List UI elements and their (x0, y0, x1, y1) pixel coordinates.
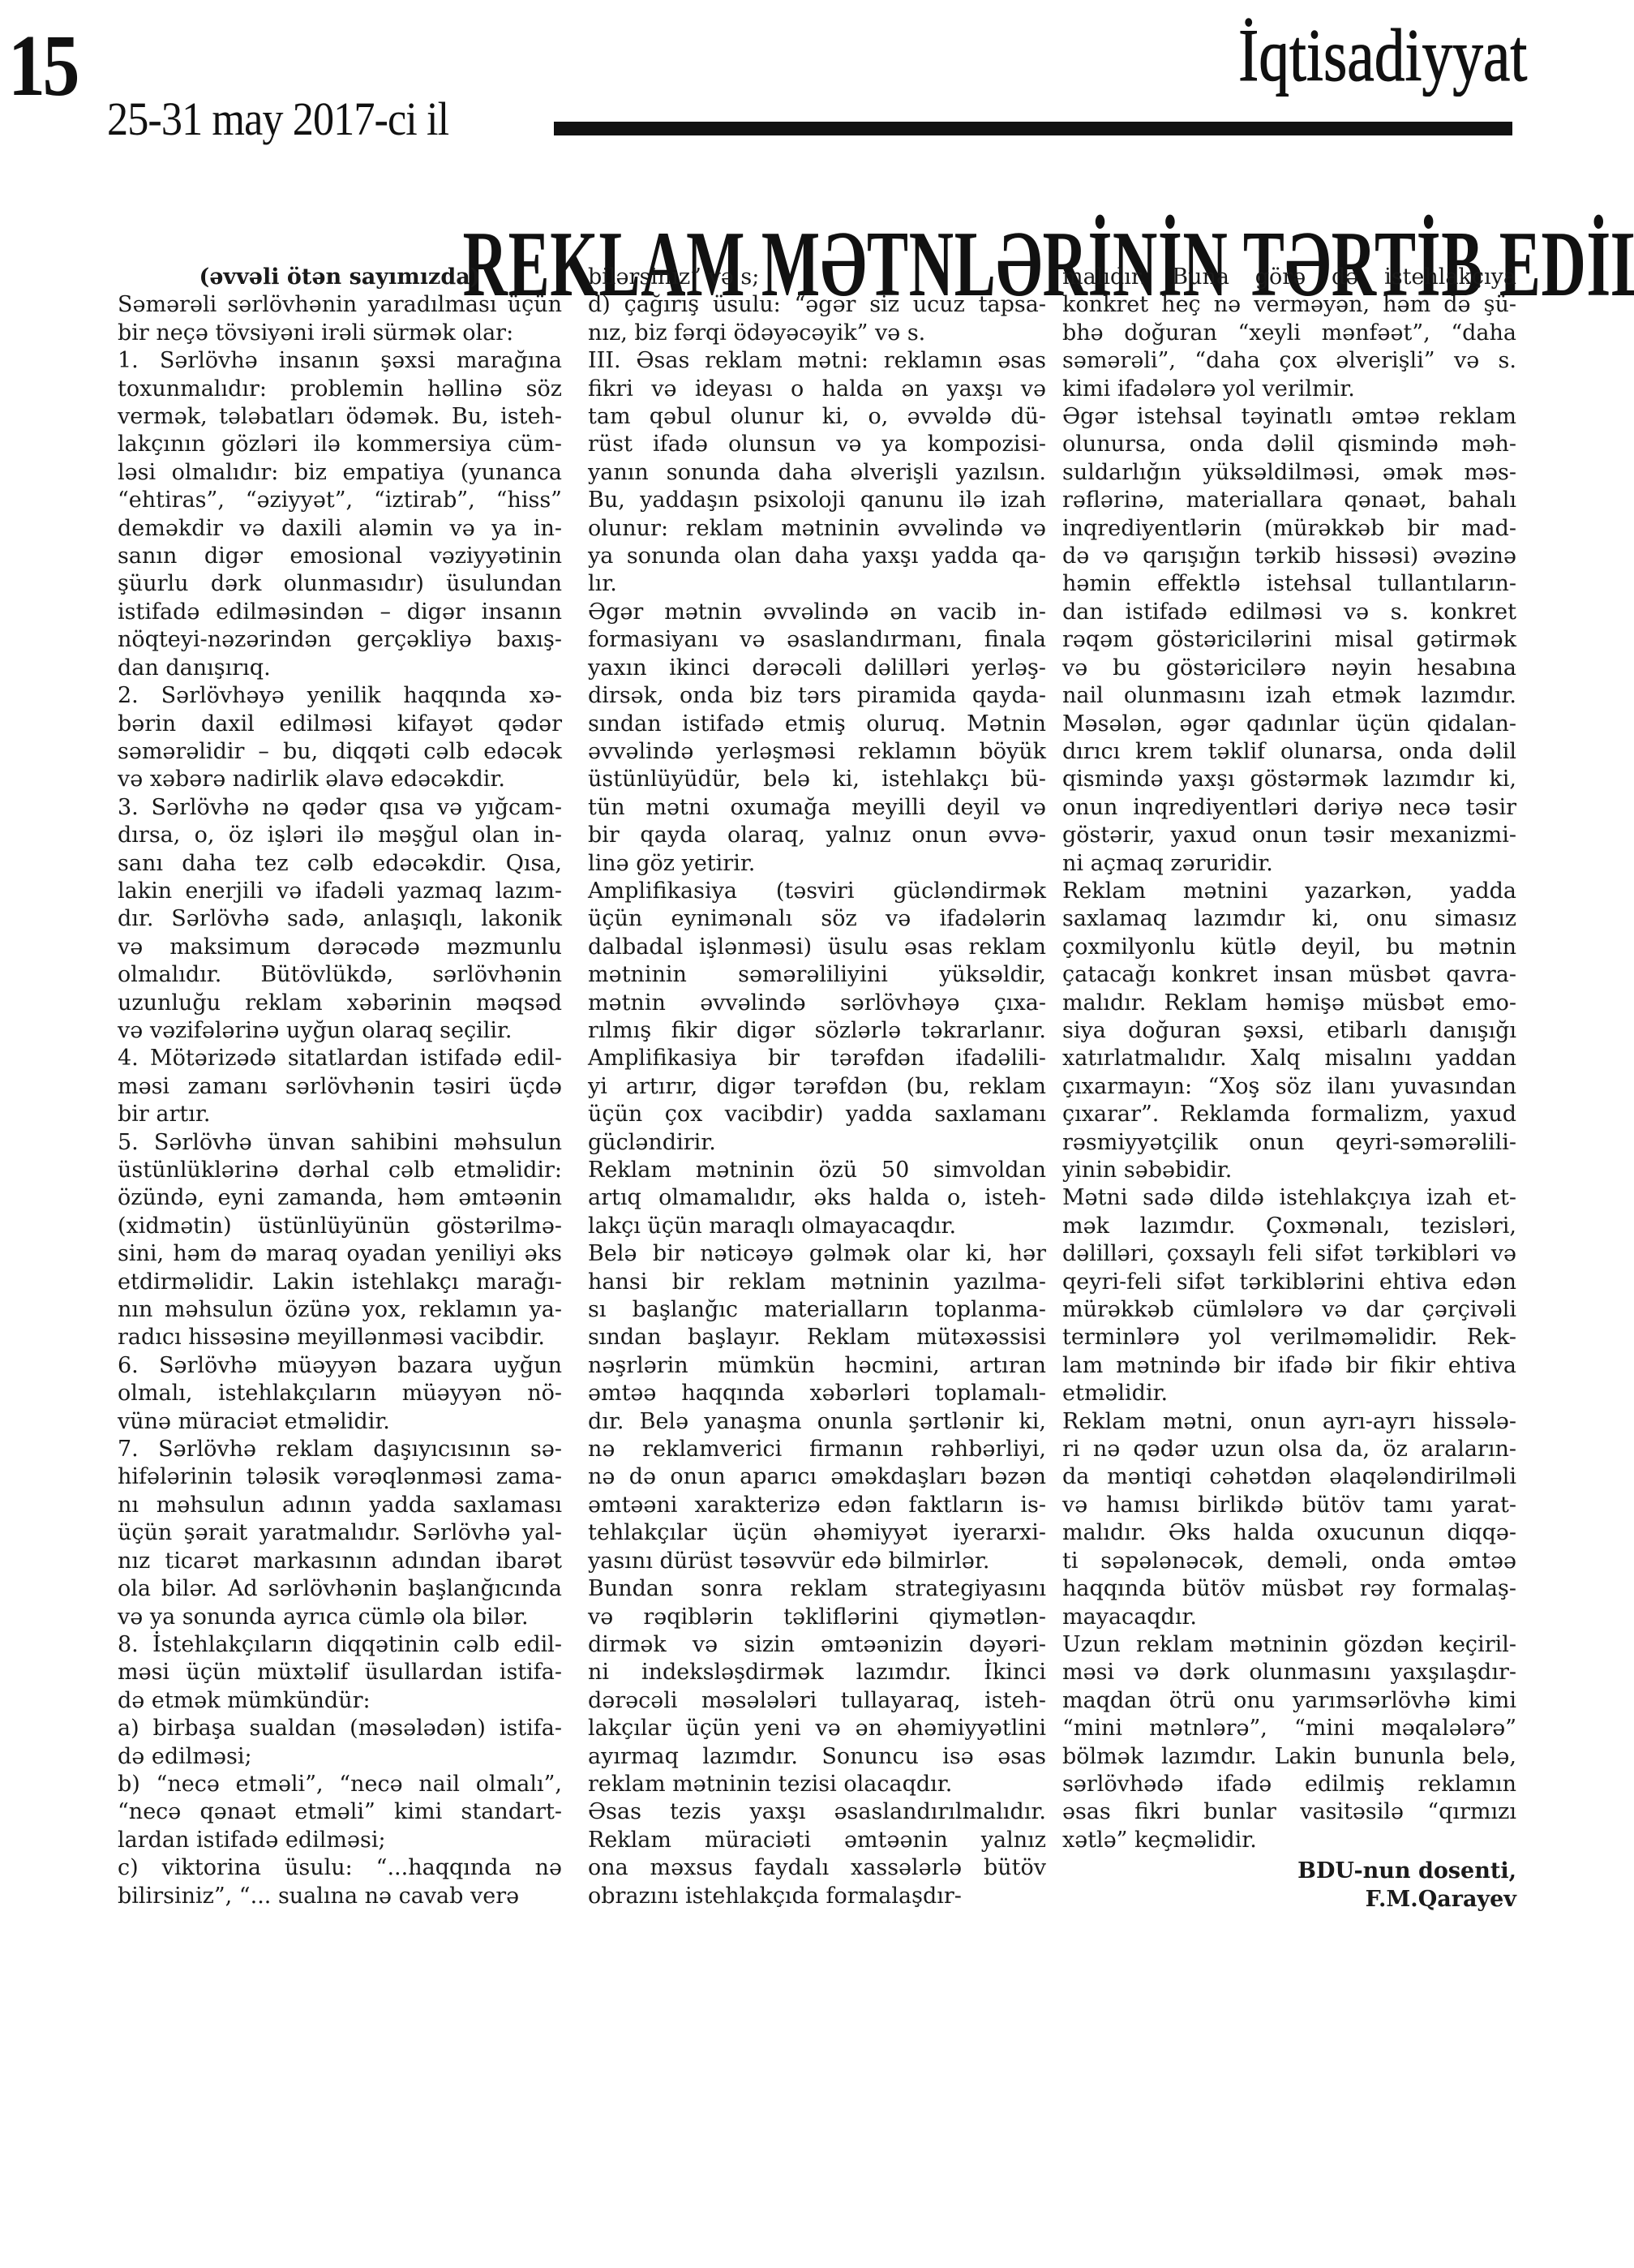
text-line: siya doğuran şəxsi, etibarlı danışığı (1062, 1017, 1516, 1045)
text-line: və ya sonunda ayrıca cümlə ola bilər. (118, 1604, 562, 1631)
text-line: gücləndirir. (588, 1129, 1046, 1157)
paragraph: 2. Sərlövhəyə yenilik haqqında xə-bərin … (118, 682, 562, 794)
text-line: ri nə qədər uzun olsa da, öz araların- (1062, 1436, 1516, 1463)
text-line: b) “necə etməli”, “necə nail olmalı”, (118, 1771, 562, 1798)
text-line: hifələrinin tələsik vərəqlənməsi zama- (118, 1463, 562, 1491)
text-line: rılmış fikir digər sözlərlə təkrarlanır. (588, 1017, 1046, 1045)
text-line: Amplifikasiya (təsviri gücləndirmək (588, 878, 1046, 905)
paragraph: Reklam mətnini yazarkən, yaddasaxlamaq l… (1062, 878, 1516, 1184)
text-line: rəsmiyyətçilik onun qeyri-səmərəlili- (1062, 1129, 1516, 1157)
text-line: d) çağırış üsulu: “əgər siz ucuz tapsa- (588, 291, 1046, 319)
text-line: Əsas tezis yaxşı əsaslandırılmalıdır. (588, 1798, 1046, 1826)
text-line: bölmək lazımdır. Lakin bununla belə, (1062, 1743, 1516, 1771)
text-line: 1. Sərlövhə insanın şəxsi marağına (118, 347, 562, 375)
text-line: uzunluğu reklam xəbərinin məqsəd (118, 990, 562, 1017)
text-line: dəlilləri, çoxsaylı feli sifət tərkiblər… (1062, 1240, 1516, 1268)
paragraph: 5. Sərlövhə ünvan sahibini məhsulunüstün… (118, 1129, 562, 1352)
text-line: Belə bir nəticəyə gəlmək olar ki, hər (588, 1240, 1046, 1268)
text-line: Mətni sadə dildə istehlakçıya izah et- (1062, 1184, 1516, 1212)
text-line: tam qəbul olunur ki, o, əvvəldə dü- (588, 403, 1046, 431)
text-line: istifadə edilməsindən – digər insanın (118, 599, 562, 626)
text-line: nail olunmasını izah etmək lazımdır. (1062, 682, 1516, 710)
text-line: lakçı üçün maraqlı olmayacaqdır. (588, 1213, 1046, 1240)
text-line: sanın digər emosional vəziyyətinin (118, 543, 562, 570)
text-line: xatırlatmalıdır. Xalq misalını yaddan (1062, 1045, 1516, 1072)
text-line: məsi üçün müxtəlif üsullardan istifa- (118, 1659, 562, 1686)
text-line: məsi və dərk olunmasını yaxşılaşdır- (1062, 1659, 1516, 1686)
paragraph: malıdır. Buna görə də istehlakçıyakonkre… (1062, 264, 1516, 403)
text-line: bir neçə tövsiyəni irəli sürmək olar: (118, 320, 562, 347)
text-line: ti səpələnəcək, deməli, onda əmtəə (1062, 1548, 1516, 1575)
text-line: bir artır. (118, 1101, 562, 1128)
issue-date: 25-31 may 2017-ci il (107, 96, 448, 143)
text-line: ləsi olmalıdır: biz empatiya (yunanca (118, 459, 562, 487)
text-line: yanın sonunda daha əlverişli yazılsın. (588, 459, 1046, 487)
text-line: fikri və ideyası o halda ən yaxşı və (588, 376, 1046, 403)
continuation-note: (əvvəli ötən sayımızda) (118, 264, 562, 291)
paragraph: Əgər mətnin əvvəlində ən vacib in-formas… (588, 599, 1046, 878)
text-line: ni açmaq zəruridir. (1062, 850, 1516, 878)
text-line: yasını dürüst təsəvvür edə bilmirlər. (588, 1548, 1046, 1575)
paragraph: c) viktorina üsulu: “...haqqında nəbilir… (118, 1854, 562, 1910)
text-line: yi artırır, digər tərəfdən (bu, reklam (588, 1073, 1046, 1101)
text-line: obrazını istehlakçıda formalaşdır- (588, 1883, 1046, 1910)
text-line: “necə qənaət etməli” kimi standart- (118, 1798, 562, 1826)
text-line: 6. Sərlövhə müəyyən bazara uyğun (118, 1352, 562, 1380)
text-line: lardan istifadə edilməsi; (118, 1827, 562, 1854)
text-line: sərlövhədə ifadə edilmiş reklamın (1062, 1771, 1516, 1798)
text-line: olmalı, istehlakçıların müəyyən nö- (118, 1380, 562, 1407)
text-line: lakçılar üçün yeni və ən əhəmiyyətlini (588, 1715, 1046, 1742)
text-line: olunur: reklam mətninin əvvəlində və (588, 515, 1046, 543)
text-line: onun inqrediyentləri dəriyə necə təsir (1062, 794, 1516, 822)
text-line: həmin effektlə istehsal tullantıların- (1062, 570, 1516, 598)
text-line: Məsələn, əgər qadınlar üçün qidalan- (1062, 711, 1516, 738)
text-line: çıxarmayın: “Xoş söz ilanı yuvasından (1062, 1073, 1516, 1101)
text-line: etdirməlidir. Lakin istehlakçı marağı- (118, 1269, 562, 1296)
text-line: Reklam mətni, onun ayrı-ayrı hissələ- (1062, 1408, 1516, 1436)
text-line: konkret heç nə verməyən, həm də şü- (1062, 291, 1516, 319)
paragraph: d) çağırış üsulu: “əgər siz ucuz tapsa-n… (588, 291, 1046, 347)
text-line: 2. Sərlövhəyə yenilik haqqında xə- (118, 682, 562, 710)
text-line: bir qayda olaraq, yalnız onun əvvə- (588, 822, 1046, 849)
signature-affiliation: BDU-nun dosenti, (1062, 1858, 1516, 1885)
text-line: Səmərəli sərlövhənin yaradılması üçün (118, 291, 562, 319)
text-line: əvvəlində yerləşməsi reklamın böyük (588, 738, 1046, 766)
text-line: nəşrlərin mümkün həcmini, artıran (588, 1352, 1046, 1380)
text-line: qismində yaxşı göstərmək lazımdır ki, (1062, 766, 1516, 793)
text-line: 3. Sərlövhə nə qədər qısa və yığcam- (118, 794, 562, 822)
text-line: sından başlayır. Reklam mütəxəssisi (588, 1324, 1046, 1351)
text-line: bilərsiniz” və s; (588, 264, 1046, 291)
text-line: çatacağı konkret insan müsbət qavra- (1062, 961, 1516, 989)
text-line: mətnin əvvəlində sərlövhəyə çıxa- (588, 990, 1046, 1017)
text-line: üçün eynimənalı söz və ifadələrin (588, 905, 1046, 933)
text-line: Reklam mətnini yazarkən, yadda (1062, 878, 1516, 905)
text-line: məsi zamanı sərlövhənin təsiri üçdə (118, 1073, 562, 1101)
text-line: mək lazımdır. Çoxmənalı, tezisləri, (1062, 1213, 1516, 1240)
text-line: üstünlüyüdür, belə ki, istehlakçı bü- (588, 766, 1046, 793)
text-line: artıq olmamalıdır, əks halda o, isteh- (588, 1184, 1046, 1212)
text-line: hansi bir reklam mətninin yazılma- (588, 1269, 1046, 1296)
text-line: də və qarışığın tərkib hissəsi) əvəzinə (1062, 543, 1516, 570)
text-line: yaxın ikinci dərəcəli dəlilləri yerləş- (588, 655, 1046, 682)
column-3: malıdır. Buna görə də istehlakçıyakonkre… (1062, 264, 1516, 1914)
text-line: sı başlanğıc materialların toplanma- (588, 1296, 1046, 1324)
text-line: 8. İstehlakçıların diqqətinin cəlb edil- (118, 1631, 562, 1659)
page-number: 15 (8, 23, 77, 110)
text-line: nız, biz fərqi ödəyəcəyik” və s. (588, 320, 1046, 347)
paragraph: 6. Sərlövhə müəyyən bazara uyğunolmalı, … (118, 1352, 562, 1436)
text-line: və maksimum dərəcədə məzmunlu (118, 934, 562, 961)
text-line: rəqəm göstəricilərini misal gətirmək (1062, 626, 1516, 654)
text-line: çıxarar”. Reklamda formalizm, yaxud (1062, 1101, 1516, 1128)
text-line: 4. Mötərizədə sitatlardan istifadə edil- (118, 1045, 562, 1072)
section-title: İqtisadiyyat (1238, 18, 1527, 92)
text-line: Bu, yaddaşın psixoloji qanunu ilə izah (588, 487, 1046, 514)
paragraph: Amplifikasiya (təsviri gücləndirməküçün … (588, 878, 1046, 1157)
text-line: bilirsiniz”, “... sualına nə cavab verə (118, 1883, 562, 1910)
paragraph: 7. Sərlövhə reklam daşıyıcısının sə-hifə… (118, 1436, 562, 1631)
text-line: dan danışırıq. (118, 655, 562, 682)
text-line: nın məhsulun özünə yox, reklamın ya- (118, 1296, 562, 1324)
text-line: olmalıdır. Bütövlükdə, sərlövhənin (118, 961, 562, 989)
text-line: özündə, eyni zamanda, həm əmtəənin (118, 1184, 562, 1212)
text-line: Amplifikasiya bir tərəfdən ifadəlili- (588, 1045, 1046, 1072)
text-line: radıcı hissəsinə meyillənməsi vacibdir. (118, 1324, 562, 1351)
text-line: sından istifadə etmiş oluruq. Mətnin (588, 711, 1046, 738)
text-line: lır. (588, 570, 1046, 598)
paragraph: 1. Sərlövhə insanın şəxsi marağınatoxunm… (118, 347, 562, 682)
text-line: ola bilər. Ad sərlövhənin başlanğıcında (118, 1575, 562, 1603)
text-line: malıdır. Buna görə də istehlakçıya (1062, 264, 1516, 291)
author-signature: BDU-nun dosenti,F.M.Qarayev (1062, 1858, 1516, 1914)
text-line: xətlə” keçməlidir. (1062, 1827, 1516, 1854)
text-line: səmərəli”, “daha çox əlverişli” və s. (1062, 347, 1516, 375)
text-line: Reklam mətninin özü 50 simvoldan (588, 1157, 1046, 1184)
paragraph: Reklam mətni, onun ayrı-ayrı hissələ-ri … (1062, 1408, 1516, 1631)
text-line: Reklam müraciəti əmtəənin yalnız (588, 1827, 1046, 1854)
text-line: şüurlu dərk olunmasıdır) üsulundan (118, 570, 562, 598)
text-line: malıdır. Reklam həmişə müsbət emo- (1062, 990, 1516, 1017)
paragraph: Səmərəli sərlövhənin yaradılması üçünbir… (118, 291, 562, 347)
text-line: “mini mətnlərə”, “mini məqalələrə” (1062, 1715, 1516, 1742)
text-line: və bu göstəricilərə nəyin hesabına (1062, 655, 1516, 682)
text-line: malıdır. Əks halda oxucunun diqqə- (1062, 1519, 1516, 1547)
header-rule (554, 122, 1512, 135)
text-line: terminlərə yol verilməməlidir. Rek- (1062, 1324, 1516, 1351)
text-line: olunursa, onda dəlil qismində məh- (1062, 431, 1516, 458)
paragraph: 3. Sərlövhə nə qədər qısa və yığcam-dırs… (118, 794, 562, 1046)
text-line: c) viktorina üsulu: “...haqqında nə (118, 1854, 562, 1882)
paragraph: a) birbaşa sualdan (məsələdən) istifa-də… (118, 1715, 562, 1771)
text-line: mürəkkəb cümlələrə və dar çərçivəli (1062, 1296, 1516, 1324)
text-line: saxlamaq lazımdır ki, onu simasız (1062, 905, 1516, 933)
text-line: dırsa, o, öz işləri ilə məşğul olan in- (118, 822, 562, 849)
text-line: də edilməsi; (118, 1743, 562, 1771)
text-line: “ehtiras”, “əziyyət”, “iztirab”, “hiss” (118, 487, 562, 514)
column-2: bilərsiniz” və s;d) çağırış üsulu: “əgər… (588, 264, 1046, 1910)
text-line: nız ticarət markasının adından ibarət (118, 1548, 562, 1575)
paragraph: Əgər istehsal təyinatlı əmtəə reklamolun… (1062, 403, 1516, 878)
text-line: dır. Belə yanaşma onunla şərtlənir ki, (588, 1408, 1046, 1436)
text-line: də etmək mümkündür: (118, 1687, 562, 1715)
text-line: nı məhsulun adının yadda saxlaması (118, 1492, 562, 1519)
text-line: üçün şərait yaratmalıdır. Sərlövhə yal- (118, 1519, 562, 1547)
text-line: lakin enerjili və ifadəli yazmaq lazım- (118, 878, 562, 905)
text-line: dirsək, onda biz tərs piramida qayda- (588, 682, 1046, 710)
text-line: 5. Sərlövhə ünvan sahibini məhsulun (118, 1129, 562, 1157)
text-line: və vəzifələrinə uyğun olaraq seçilir. (118, 1017, 562, 1045)
text-line: a) birbaşa sualdan (məsələdən) istifa- (118, 1715, 562, 1742)
text-line: göstərir, yaxud onun təsir mexanizmi- (1062, 822, 1516, 849)
text-line: səmərəlidir – bu, diqqəti cəlb edəcək (118, 738, 562, 766)
text-line: reklam mətninin tezisi olacaqdır. (588, 1771, 1046, 1798)
text-line: rüst ifadə olunsun və ya kompozisi- (588, 431, 1046, 458)
paragraph: Bundan sonra reklam strategiyasınıvə rəq… (588, 1575, 1046, 1798)
text-line: vermək, tələbatları ödəmək. Bu, isteh- (118, 403, 562, 431)
text-line: nə də onun aparıcı əməkdaşları bəzən (588, 1463, 1046, 1491)
text-line: yinin səbəbidir. (1062, 1157, 1516, 1184)
text-line: ya sonunda olan daha yaxşı yadda qa- (588, 543, 1046, 570)
text-line: tehlakçılar üçün əhəmiyyət iyerarxi- (588, 1519, 1046, 1547)
text-line: (xidmətin) üstünlüyünün göstərilmə- (118, 1213, 562, 1240)
text-line: vünə müraciət etməlidir. (118, 1408, 562, 1436)
text-line: lakçının gözləri ilə kommersiya cüm- (118, 431, 562, 458)
text-line: əmtəə haqqında xəbərləri toplamalı- (588, 1380, 1046, 1407)
text-line: maqdan ötrü onu yarımsərlövhə kimi (1062, 1687, 1516, 1715)
text-line: çoxmilyonlu kütlə deyil, bu mətnin (1062, 934, 1516, 961)
text-line: ni indeksləşdirmək lazımdır. İkinci (588, 1659, 1046, 1686)
text-line: kimi ifadələrə yol verilmir. (1062, 376, 1516, 403)
text-line: dan istifadə edilməsi və s. konkret (1062, 599, 1516, 626)
text-line: dərəcəli məsələləri tullayaraq, isteh- (588, 1687, 1046, 1715)
paragraph: Əsas tezis yaxşı əsaslandırılmalıdır.Rek… (588, 1798, 1046, 1910)
text-line: mətninin səmərəliliyini yüksəldir, (588, 961, 1046, 989)
text-line: dalbadal işlənməsi) üsulu əsas reklam (588, 934, 1046, 961)
text-line: və rəqiblərin təkliflərini qiymətlən- (588, 1604, 1046, 1631)
text-line: əmtəəni xarakterizə edən faktların is- (588, 1492, 1046, 1519)
paragraph: Belə bir nəticəyə gəlmək olar ki, hərhan… (588, 1240, 1046, 1575)
text-line: inqrediyentlərin (mürəkkəb bir mad- (1062, 515, 1516, 543)
text-line: qeyri-feli sifət tərkiblərini ehtiva edə… (1062, 1269, 1516, 1296)
text-line: formasiyanı və əsaslandırmanı, finala (588, 626, 1046, 654)
text-line: dirmək və sizin əmtəənizin dəyəri- (588, 1631, 1046, 1659)
text-line: dırıcı krem təklif olunarsa, onda dəlil (1062, 738, 1516, 766)
paragraph: Mətni sadə dildə istehlakçıya izah et-mə… (1062, 1184, 1516, 1407)
paragraph: bilərsiniz” və s; (588, 264, 1046, 291)
text-line: Əgər mətnin əvvəlində ən vacib in- (588, 599, 1046, 626)
paragraph: Uzun reklam mətninin gözdən keçiril-məsi… (1062, 1631, 1516, 1854)
text-line: tün mətni oxumağa meyilli deyil və (588, 794, 1046, 822)
text-line: üçün çox vacibdir) yadda saxlamanı (588, 1101, 1046, 1128)
text-line: və xəbərə nadirlik əlavə edəcəkdir. (118, 766, 562, 793)
signature-author: F.M.Qarayev (1062, 1886, 1516, 1914)
text-line: haqqında bütöv müsbət rəy formalaş- (1062, 1575, 1516, 1603)
text-line: sini, həm də maraq oyadan yeniliyi əks (118, 1240, 562, 1268)
text-line: da məntiqi cəhətdən əlaqələndirilməli (1062, 1463, 1516, 1491)
text-line: linə göz yetirir. (588, 850, 1046, 878)
text-line: ona məxsus faydalı xassələrlə bütöv (588, 1854, 1046, 1882)
text-line: nə reklamverici firmanın rəhbərliyi, (588, 1436, 1046, 1463)
text-line: Bundan sonra reklam strategiyasını (588, 1575, 1046, 1603)
text-line: deməkdir və daxili aləmin və ya in- (118, 515, 562, 543)
text-line: bərin daxil edilməsi kifayət qədər (118, 711, 562, 738)
text-line: və hamısı birlikdə bütöv tamı yarat- (1062, 1492, 1516, 1519)
text-line: lam mətnində bir ifadə bir fikir ehtiva (1062, 1352, 1516, 1380)
paragraph: b) “necə etməli”, “necə nail olmalı”,“ne… (118, 1771, 562, 1854)
paragraph: 8. İstehlakçıların diqqətinin cəlb edil-… (118, 1631, 562, 1715)
text-line: III. Əsas reklam mətni: reklamın əsas (588, 347, 1046, 375)
text-line: rəflərinə, materiallara qənaət, bahalı (1062, 487, 1516, 514)
text-line: etməlidir. (1062, 1380, 1516, 1407)
paragraph: 4. Mötərizədə sitatlardan istifadə edil-… (118, 1045, 562, 1128)
text-line: Uzun reklam mətninin gözdən keçiril- (1062, 1631, 1516, 1659)
text-line: bhə doğuran “xeyli mənfəət”, “daha (1062, 320, 1516, 347)
paragraph: III. Əsas reklam mətni: reklamın əsasfik… (588, 347, 1046, 599)
text-line: 7. Sərlövhə reklam daşıyıcısının sə- (118, 1436, 562, 1463)
text-line: üstünlüklərinə dərhal cəlb etməlidir: (118, 1157, 562, 1184)
text-line: əsas fikri bunlar vasitəsilə “qırmızı (1062, 1798, 1516, 1826)
text-line: toxunmalıdır: problemin həllinə söz (118, 376, 562, 403)
text-line: dır. Sərlövhə sadə, anlaşıqlı, lakonik (118, 905, 562, 933)
text-line: suldarlığın yüksəldilməsi, əmək məs- (1062, 459, 1516, 487)
text-line: sanı daha tez cəlb edəcəkdir. Qısa, (118, 850, 562, 878)
paragraph: Reklam mətninin özü 50 simvoldanartıq ol… (588, 1157, 1046, 1240)
text-line: ayırmaq lazımdır. Sonuncu isə əsas (588, 1743, 1046, 1771)
text-line: nöqteyi-nəzərindən gerçəkliyə baxış- (118, 626, 562, 654)
text-line: Əgər istehsal təyinatlı əmtəə reklam (1062, 403, 1516, 431)
text-line: mayacaqdır. (1062, 1604, 1516, 1631)
column-1: (əvvəli ötən sayımızda) Səmərəli sərlövh… (118, 264, 562, 1910)
article-body: (əvvəli ötən sayımızda) Səmərəli sərlövh… (118, 264, 1516, 2243)
